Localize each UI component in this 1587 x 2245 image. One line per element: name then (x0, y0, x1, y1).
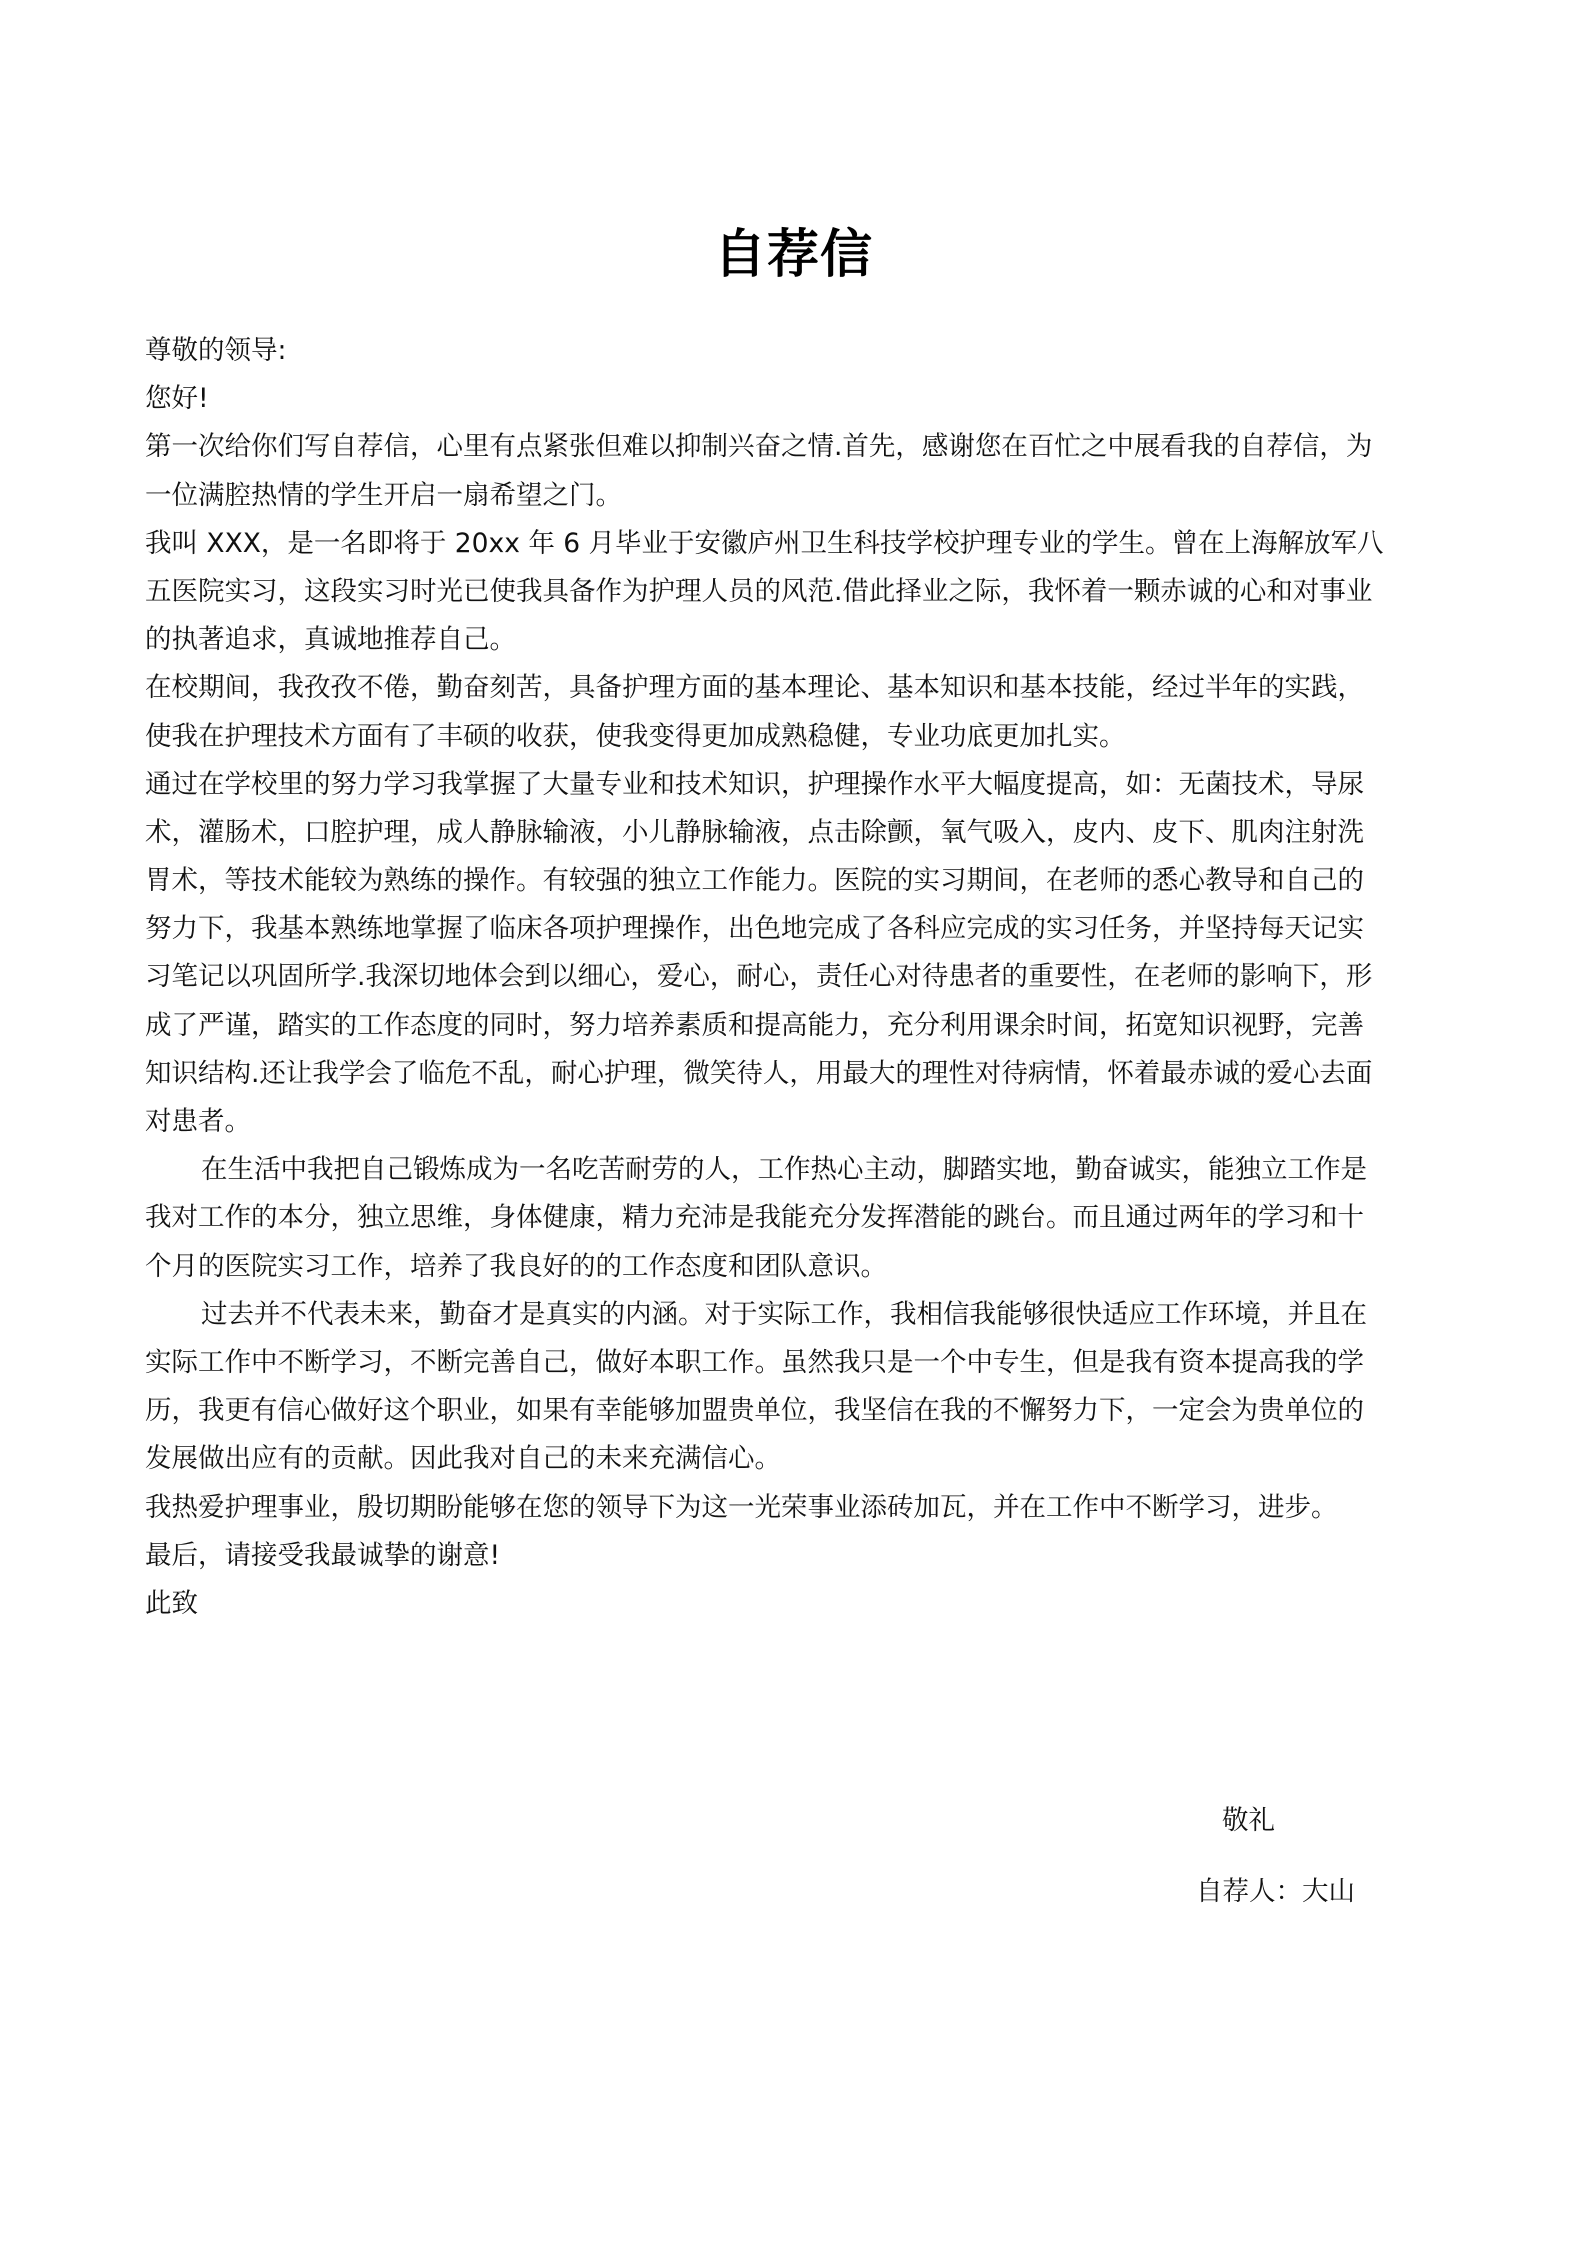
paragraph-line: 历，我更有信心做好这个职业，如果有幸能够加盟贵单位，我坚信在我的不懈努力下，一定… (145, 1387, 1445, 1435)
paragraph-line: 我对工作的本分，独立思维，身体健康，精力充沛是我能充分发挥潜能的跳台。而且通过两… (145, 1194, 1445, 1242)
paragraph-line: 五医院实习，这段实习时光已使我具备作为护理人员的风范.借此择业之际，我怀着一颗赤… (145, 568, 1445, 616)
paragraph-line: 实际工作中不断学习，不断完善自己，做好本职工作。虽然我只是一个中专生，但是我有资… (145, 1339, 1445, 1387)
closing-phrase: 此致 (145, 1580, 1445, 1628)
paragraph-line: 在校期间，我孜孜不倦，勤奋刻苦，具备护理方面的基本理论、基本知识和基本技能，经过… (145, 664, 1445, 712)
closing-salute: 敬礼 (1222, 1801, 1275, 1841)
paragraph-line: 第一次给你们写自荐信，心里有点紧张但难以抑制兴奋之情.首先，感谢您在百忙之中展看… (145, 423, 1445, 471)
paragraph-line: 知识结构.还让我学会了临危不乱，耐心护理，微笑待人，用最大的理性对待病情，怀着最… (145, 1050, 1445, 1098)
paragraph-line: 使我在护理技术方面有了丰硕的收获，使我变得更加成熟稳健，专业功底更加扎实。 (145, 713, 1445, 761)
signature: 自荐人：大山 (1196, 1872, 1355, 1912)
paragraph-line: 在生活中我把自己锻炼成为一名吃苦耐劳的人，工作热心主动，脚踏实地，勤奋诚实，能独… (145, 1146, 1445, 1194)
paragraph-line: 过去并不代表未来，勤奋才是真实的内涵。对于实际工作，我相信我能够很快适应工作环境… (145, 1291, 1445, 1339)
paragraph-line: 胃术，等技术能较为熟练的操作。有较强的独立工作能力。医院的实习期间，在老师的悉心… (145, 857, 1445, 905)
letter-body: 尊敬的领导: 您好! 第一次给你们写自荐信，心里有点紧张但难以抑制兴奋之情.首先… (145, 327, 1445, 1628)
paragraph-line: 个月的医院实习工作，培养了我良好的的工作态度和团队意识。 (145, 1243, 1445, 1291)
paragraph-line: 我叫 XXX，是一名即将于 20xx 年 6 月毕业于安徽庐州卫生科技学校护理专… (145, 520, 1445, 568)
document-title: 自荐信 (0, 222, 1587, 288)
paragraph-line: 习笔记以巩固所学.我深切地体会到以细心，爱心，耐心，责任心对待患者的重要性，在老… (145, 953, 1445, 1001)
thanks-line: 最后，请接受我最诚挚的谢意! (145, 1532, 1445, 1580)
paragraph-line: 我热爱护理事业，殷切期盼能够在您的领导下为这一光荣事业添砖加瓦，并在工作中不断学… (145, 1484, 1445, 1532)
salutation: 尊敬的领导: (145, 327, 1445, 375)
greeting: 您好! (145, 375, 1445, 423)
paragraph-line: 通过在学校里的努力学习我掌握了大量专业和技术知识，护理操作水平大幅度提高，如：无… (145, 761, 1445, 809)
paragraph-line: 成了严谨，踏实的工作态度的同时，努力培养素质和提高能力，充分利用课余时间，拓宽知… (145, 1002, 1445, 1050)
paragraph-line: 一位满腔热情的学生开启一扇希望之门。 (145, 472, 1445, 520)
paragraph-line: 的执著追求，真诚地推荐自己。 (145, 616, 1445, 664)
paragraph-line: 努力下，我基本熟练地掌握了临床各项护理操作，出色地完成了各科应完成的实习任务，并… (145, 905, 1445, 953)
paragraph-line: 发展做出应有的贡献。因此我对自己的未来充满信心。 (145, 1435, 1445, 1483)
paragraph-line: 对患者。 (145, 1098, 1445, 1146)
document-page: 自荐信 尊敬的领导: 您好! 第一次给你们写自荐信，心里有点紧张但难以抑制兴奋之… (0, 0, 1587, 2245)
paragraph-line: 术，灌肠术，口腔护理，成人静脉输液，小儿静脉输液，点击除颤，氧气吸入，皮内、皮下… (145, 809, 1445, 857)
